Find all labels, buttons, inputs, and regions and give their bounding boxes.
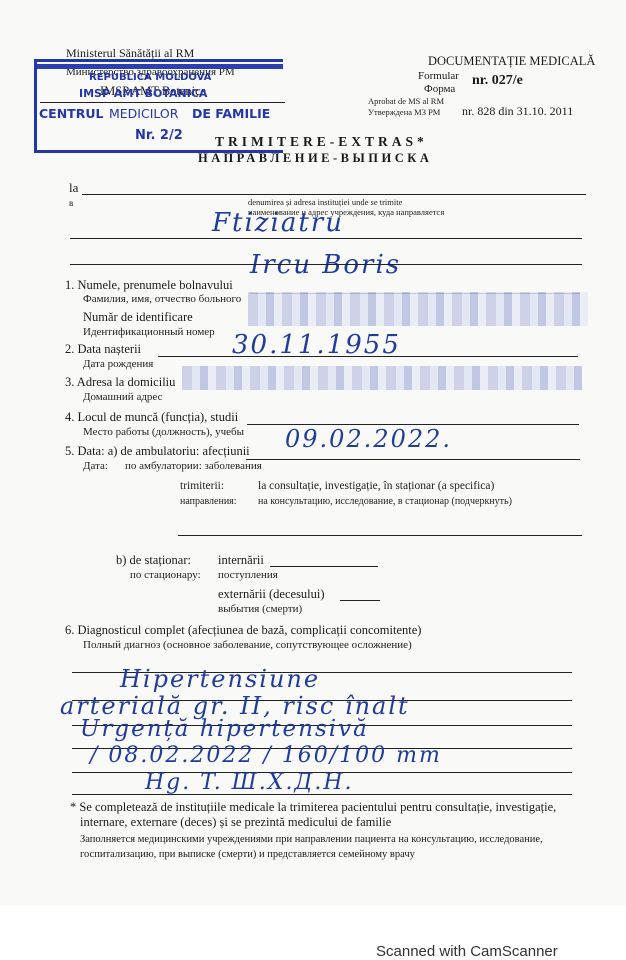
patient-name-handwritten: Ircu Boris: [250, 250, 401, 280]
referral-options-ro: la consultație, investigație, în stațion…: [258, 480, 494, 492]
to-label-ru: в: [69, 198, 73, 208]
stamp-line-2: IMSP AMT BOTANICA: [79, 87, 207, 100]
address-value-redacted: [182, 366, 582, 390]
dob-label-ro: 2. Data nașterii: [65, 342, 141, 357]
admit-label-ro: internării: [218, 553, 264, 568]
scanned-paper: Ministerul Sănătății al RM Министерство …: [0, 0, 626, 905]
dob-label-ru: Дата рождения: [83, 358, 153, 370]
footnote-ro: * Se completează de instituțiile medical…: [66, 800, 600, 830]
to-value-handwritten: Ftiziatru: [212, 208, 344, 238]
date-label-ru: по амбулатории: заболевания: [125, 460, 262, 472]
stamp-band: [37, 64, 283, 69]
form-label-ro: Formular: [418, 70, 459, 82]
date-label-ru-prefix: Дата:: [83, 460, 108, 472]
id-label-ro: Număr de identificare: [83, 310, 193, 325]
referral-label-ro: trimiterii:: [180, 480, 224, 492]
stamp-line-1: REPUBLICA MOLDOVA: [89, 72, 211, 83]
hosp-label-ro: b) de staționar:: [116, 553, 191, 568]
id-label-ru: Идентификационный номер: [83, 326, 215, 338]
diag-line-5: Hg. T. Ш.Х.Д.Н.: [145, 770, 354, 795]
diag-label-ru: Полный диагноз (основное заболевание, со…: [83, 639, 412, 651]
name-label-ro: 1. Numele, prenumele bolnavului: [65, 278, 233, 293]
to-label-ro: la: [69, 180, 78, 196]
referral-label-ru: направления:: [180, 496, 237, 507]
approved-ro: Aprobat de MS al RM: [368, 96, 444, 106]
stamp-line-3c: DE FAMILIE: [192, 106, 270, 121]
referral-options-ru: на консультацию, исследование, в стацион…: [258, 496, 512, 507]
name-label-ru: Фамилия, имя, отчество больного: [83, 293, 241, 305]
redacted-block: [248, 292, 588, 306]
form-label-ru: Форма: [424, 83, 455, 95]
dob-value-handwritten: 30.11.1955: [232, 330, 401, 360]
date-value-handwritten: 09.02.2022.: [285, 425, 452, 453]
diag-line-3: Urgență hipertensivă: [80, 716, 369, 742]
id-value-redacted: [248, 306, 588, 326]
approved-order: nr. 828 din 31.10. 2011: [462, 104, 573, 119]
title-ro: TRIMITERE-EXTRAS*: [215, 134, 428, 150]
approved-ru: Утверждена МЗ РМ: [368, 107, 440, 117]
work-label-ro: 4. Locul de muncă (funcția), studii: [65, 410, 238, 425]
title-ru: НАПРАВЛЕНИЕ-ВЫПИСКА: [198, 151, 432, 166]
date-label-ro: 5. Data: a) de ambulatoriu: afecțiunii: [65, 444, 250, 459]
discharge-label-ro: externării (decesului): [218, 587, 325, 602]
stamp-line-3a: CENTRUL: [39, 106, 103, 121]
diag-label-ro: 6. Diagnosticul complet (afecțiunea de b…: [65, 623, 421, 638]
discharge-label-ru: выбытия (смерти): [218, 603, 302, 615]
diag-line-4: / 08.02.2022 / 160/100 mm: [90, 743, 442, 768]
hosp-label-ru: по стационару:: [130, 569, 201, 581]
stamp-line-4: Nr. 2/2: [135, 128, 183, 143]
doc-type: DOCUMENTAȚIE MEDICALĂ: [428, 54, 595, 69]
footnote-ru: Заполняется медицинскими учреждениями пр…: [80, 832, 590, 862]
diag-line-1: Hipertensiune: [120, 665, 320, 693]
address-label-ro: 3. Adresa la domiciliu: [65, 375, 175, 390]
work-label-ru: Место работы (должность), учебы: [83, 426, 244, 438]
stamp-line-3b: MEDICILOR: [109, 106, 178, 121]
form-number: nr. 027/e: [472, 73, 523, 89]
to-hint-ro: denumirea și adresa instituției unde se …: [248, 197, 402, 207]
address-label-ru: Домашний адрес: [83, 391, 162, 403]
camscanner-watermark: Scanned with CamScanner: [376, 943, 558, 960]
admit-label-ru: поступления: [218, 569, 278, 581]
